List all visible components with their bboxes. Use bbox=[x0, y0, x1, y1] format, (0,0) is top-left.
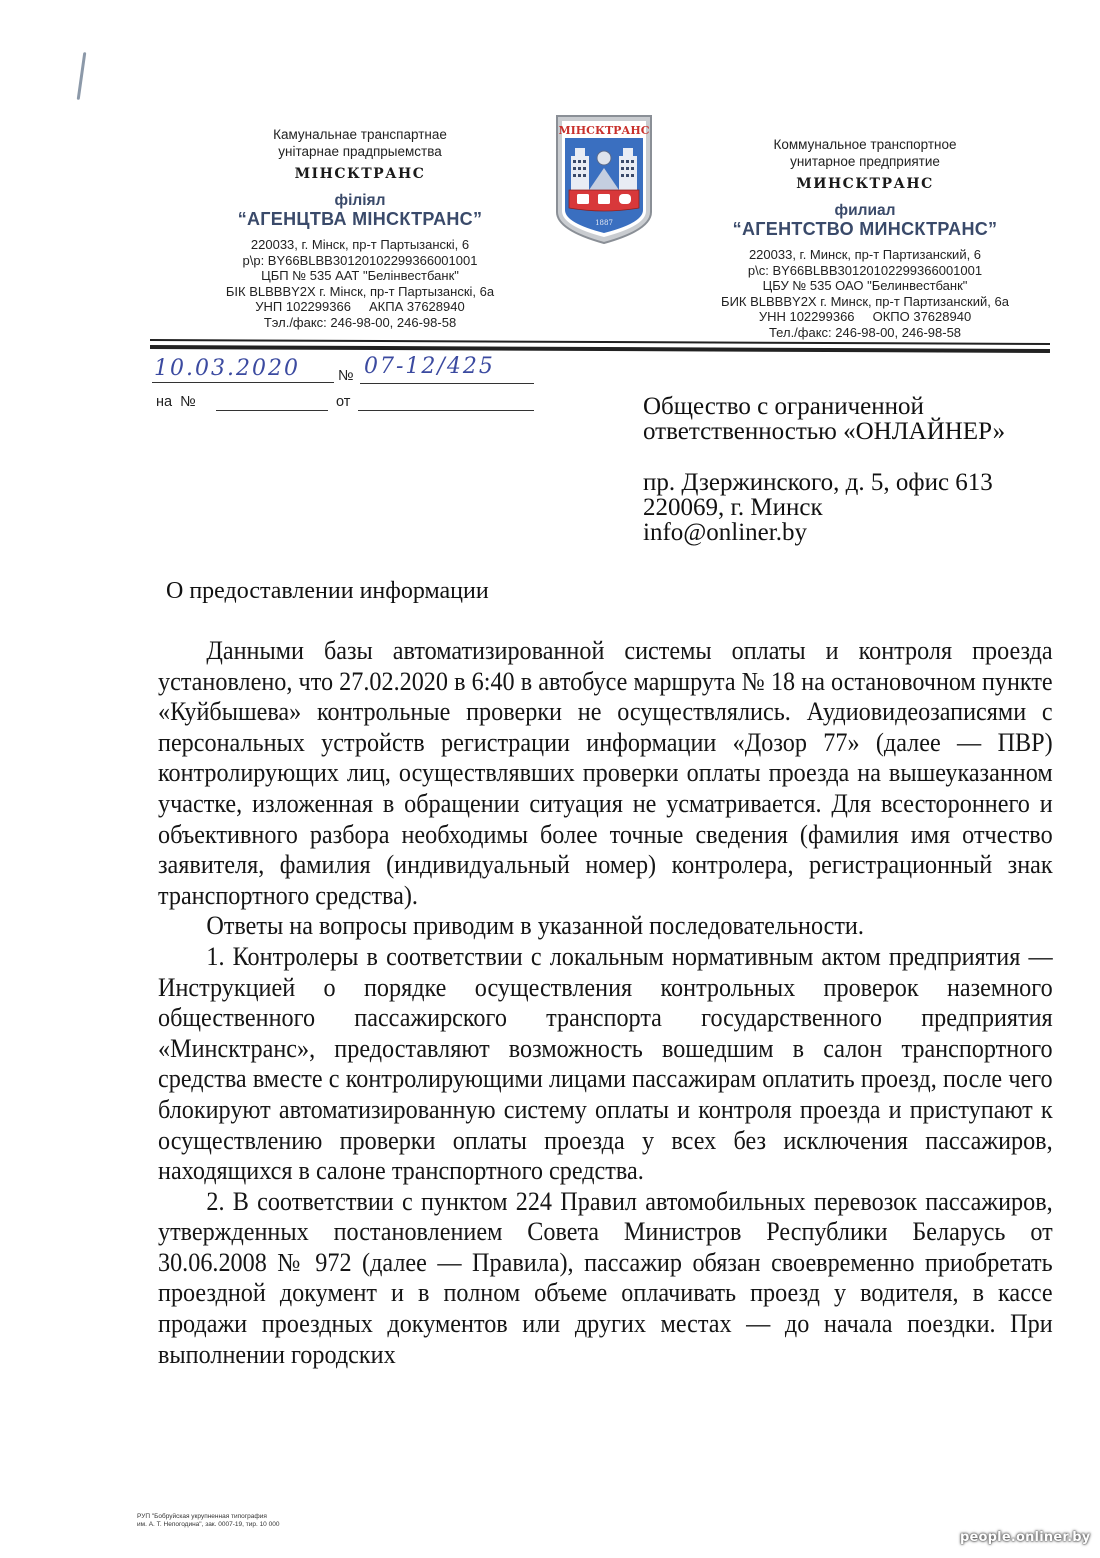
org-details: 220033, г. Мінск, пр-т Партызанскі, 6 р\… bbox=[160, 237, 560, 330]
detail-line: Тел./факс: 246-98-00, 246-98-58 bbox=[660, 325, 1070, 341]
minsktrans-emblem-icon: МІНСКТРАНС 1887 bbox=[553, 112, 655, 247]
printer-imprint: РУП "Бобруйская укрупненная типография и… bbox=[137, 1513, 279, 1529]
org-type-line: Коммунальное транспортное bbox=[660, 136, 1070, 153]
source-watermark: people.onliner.by bbox=[960, 1530, 1090, 1545]
org-name: МИНСКТРАНС bbox=[660, 176, 1070, 192]
letterhead-left: Камунальнае транспартнае унітарнае прадп… bbox=[160, 126, 560, 330]
detail-line: УНН 102299366 ОКПО 37628940 bbox=[660, 309, 1070, 325]
from-date-underline bbox=[358, 410, 534, 411]
date-underline bbox=[152, 382, 334, 383]
recipient-block: Общество с ограниченной ответственностью… bbox=[643, 394, 1005, 545]
letterhead-right: Коммунальное транспортное унитарное пред… bbox=[660, 136, 1070, 340]
recipient-name-line: Общество с ограниченной bbox=[643, 394, 1005, 419]
detail-line: 220033, г. Минск, пр-т Партизанский, 6 bbox=[660, 247, 1070, 263]
body-paragraph: Ответы на вопросы приводим в указанной п… bbox=[158, 911, 1053, 942]
branch-label: філіял bbox=[160, 192, 560, 209]
body-paragraph: 1. Контролеры в соответствии с локальным… bbox=[158, 942, 1053, 1187]
detail-line: БІК BLBBBY2X г. Мінск, пр-т Партызанскі,… bbox=[160, 284, 560, 300]
detail-line: Тэл./факс: 246-98-00, 246-98-58 bbox=[160, 315, 560, 331]
body-paragraph: Данными базы автоматизированной системы … bbox=[158, 636, 1053, 911]
detail-line: 220033, г. Мінск, пр-т Партызанскі, 6 bbox=[160, 237, 560, 253]
printer-line: им. А. Т. Непогодина", зак. 0007-19, тир… bbox=[137, 1521, 279, 1529]
number-underline bbox=[360, 383, 534, 384]
org-type-line: Камунальнае транспартнае bbox=[160, 126, 560, 143]
handwritten-number: 07-12/425 bbox=[364, 354, 495, 379]
detail-line: р\р: BY66BLBB30120102299366001001 bbox=[160, 253, 560, 269]
detail-line: ЦБП № 535 ААТ "Белінвестбанк" bbox=[160, 268, 560, 284]
detail-line: БИК BLBBBY2X г. Минск, пр-т Партизанский… bbox=[660, 294, 1070, 310]
detail-line: УНП 102299366 АКПА 37628940 bbox=[160, 299, 560, 315]
org-details: 220033, г. Минск, пр-т Партизанский, 6 р… bbox=[660, 247, 1070, 340]
header-divider-thick bbox=[150, 345, 1050, 353]
recipient-address: пр. Дзержинского, д. 5, офис 613 bbox=[643, 470, 1005, 495]
branch-name: “АГЕНТСТВО МИНСКТРАНС” bbox=[660, 219, 1070, 239]
from-label: от bbox=[336, 394, 350, 410]
recipient-email: info@onliner.by bbox=[643, 520, 1005, 545]
letter-subject: О предоставлении информации bbox=[166, 578, 489, 605]
org-type-line: унітарнае прадпрыемства bbox=[160, 143, 560, 160]
org-name: МІНСКТРАНС bbox=[160, 166, 560, 182]
pen-mark bbox=[77, 52, 87, 100]
body-paragraph: 2. В соответствии с пунктом 224 Правил а… bbox=[158, 1187, 1053, 1371]
org-type-line: унитарное предприятие bbox=[660, 153, 1070, 170]
detail-line: ЦБУ № 535 ОАО "Белинвестбанк" bbox=[660, 278, 1070, 294]
letter-body: Данными базы автоматизированной системы … bbox=[158, 636, 1053, 1370]
svg-text:МІНСКТРАНС: МІНСКТРАНС bbox=[558, 124, 649, 137]
reply-to-label: на № bbox=[156, 394, 196, 410]
recipient-city: 220069, г. Минск bbox=[643, 495, 1005, 520]
reply-number-underline bbox=[216, 410, 328, 411]
number-label: № bbox=[338, 368, 354, 384]
branch-label: филиал bbox=[660, 202, 1070, 219]
svg-text:1887: 1887 bbox=[595, 219, 613, 227]
printer-line: РУП "Бобруйская укрупненная типография bbox=[137, 1513, 279, 1521]
recipient-name-line: ответственностью «ОНЛАЙНЕР» bbox=[643, 419, 1005, 444]
handwritten-date: 10.03.2020 bbox=[154, 356, 300, 381]
detail-line: р\с: BY66BLBB30120102299366001001 bbox=[660, 263, 1070, 279]
branch-name: “АГЕНЦТВА МІНСКТРАНС” bbox=[160, 209, 560, 229]
